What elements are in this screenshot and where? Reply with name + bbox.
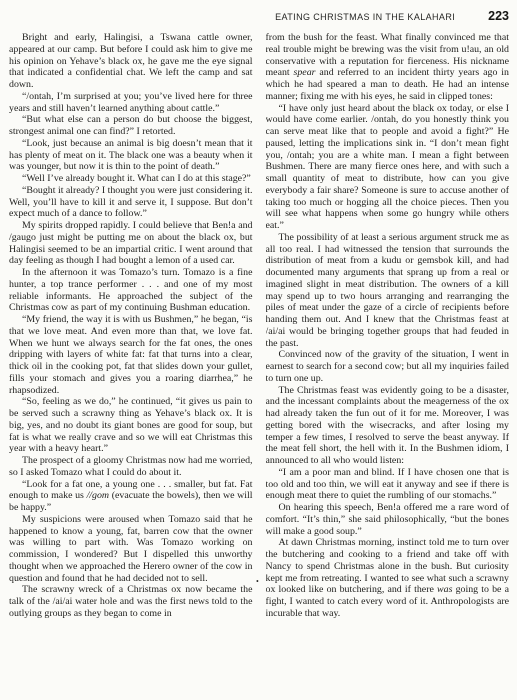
right-text-column: from the bush for the feast. What finall… bbox=[266, 32, 510, 700]
paragraph: “I have only just heard about the black … bbox=[266, 103, 510, 232]
text-run: “Look, just because an animal is big doe… bbox=[9, 138, 253, 173]
paragraph: “Look for a fat one, a young one . . . s… bbox=[9, 479, 253, 514]
paragraph: “My friend, the way it is with us Bushme… bbox=[9, 314, 253, 396]
text-run: “Well I’ve already bought it. What can I… bbox=[22, 173, 251, 184]
paragraph: On hearing this speech, Ben!a offered me… bbox=[266, 502, 510, 537]
text-run: My suspicions were aroused when Tomazo s… bbox=[9, 514, 253, 584]
paragraph: “Well I’ve already bought it. What can I… bbox=[9, 173, 253, 185]
text-run: The Christmas feast was evidently going … bbox=[266, 385, 510, 467]
stray-ink-dot: • bbox=[256, 578, 259, 586]
paragraph: “But what else can a person do but choos… bbox=[9, 114, 253, 138]
paragraph: At dawn Christmas morning, instinct told… bbox=[266, 537, 510, 619]
paragraph: The prospect of a gloomy Christmas now h… bbox=[9, 455, 253, 479]
text-run: The prospect of a gloomy Christmas now h… bbox=[9, 455, 253, 478]
book-page: EATING CHRISTMAS IN THE KALAHARI 223 Bri… bbox=[0, 0, 517, 700]
text-run: My spirits dropped rapidly. I could beli… bbox=[9, 220, 253, 266]
paragraph: In the afternoon it was Tomazo’s turn. T… bbox=[9, 267, 253, 314]
italic-term: //gom bbox=[87, 490, 110, 501]
paragraph: My suspicions were aroused when Tomazo s… bbox=[9, 514, 253, 585]
paragraph: “/ontah, I’m surprised at you; you’ve li… bbox=[9, 91, 253, 115]
paragraph: My spirits dropped rapidly. I could beli… bbox=[9, 220, 253, 267]
paragraph: “So, feeling as we do,” he continued, “i… bbox=[9, 396, 253, 455]
left-text-column: Bright and early, Halingisi, a Tswana ca… bbox=[9, 32, 253, 700]
text-run: The scrawny wreck of a Christmas ox now … bbox=[9, 584, 253, 619]
text-run: “I have only just heard about the black … bbox=[266, 103, 510, 232]
paragraph: Convinced now of the gravity of the situ… bbox=[266, 349, 510, 384]
paragraph: from the bush for the feast. What finall… bbox=[266, 32, 510, 103]
text-run: “My friend, the way it is with us Bushme… bbox=[9, 314, 253, 396]
text-run: Bright and early, Halingisi, a Tswana ca… bbox=[9, 32, 253, 90]
italic-term: spear bbox=[294, 67, 316, 78]
paragraph: The scrawny wreck of a Christmas ox now … bbox=[9, 584, 253, 619]
text-run: Convinced now of the gravity of the situ… bbox=[266, 349, 510, 384]
text-run: In the afternoon it was Tomazo’s turn. T… bbox=[9, 267, 253, 313]
text-run: On hearing this speech, Ben!a offered me… bbox=[266, 502, 510, 537]
text-run: “Bought it already? I thought you were j… bbox=[9, 185, 253, 220]
text-run: “I am a poor man and blind. If I have ch… bbox=[266, 467, 510, 502]
text-run: The possibility of at least a serious ar… bbox=[266, 232, 510, 349]
text-run: “So, feeling as we do,” he continued, “i… bbox=[9, 396, 253, 454]
paragraph: The Christmas feast was evidently going … bbox=[266, 385, 510, 467]
text-run: “/ontah, I’m surprised at you; you’ve li… bbox=[9, 91, 253, 114]
paragraph: “I am a poor man and blind. If I have ch… bbox=[266, 467, 510, 502]
running-head: EATING CHRISTMAS IN THE KALAHARI bbox=[275, 12, 455, 22]
paragraph: “Bought it already? I thought you were j… bbox=[9, 185, 253, 220]
paragraph: Bright and early, Halingisi, a Tswana ca… bbox=[9, 32, 253, 91]
text-columns: Bright and early, Halingisi, a Tswana ca… bbox=[9, 32, 509, 700]
page-header: EATING CHRISTMAS IN THE KALAHARI 223 bbox=[9, 9, 509, 25]
text-run: “But what else can a person do but choos… bbox=[9, 114, 253, 137]
paragraph: “Look, just because an animal is big doe… bbox=[9, 138, 253, 173]
italic-term: was bbox=[437, 584, 452, 595]
paragraph: The possibility of at least a serious ar… bbox=[266, 232, 510, 350]
page-number: 223 bbox=[488, 9, 509, 23]
